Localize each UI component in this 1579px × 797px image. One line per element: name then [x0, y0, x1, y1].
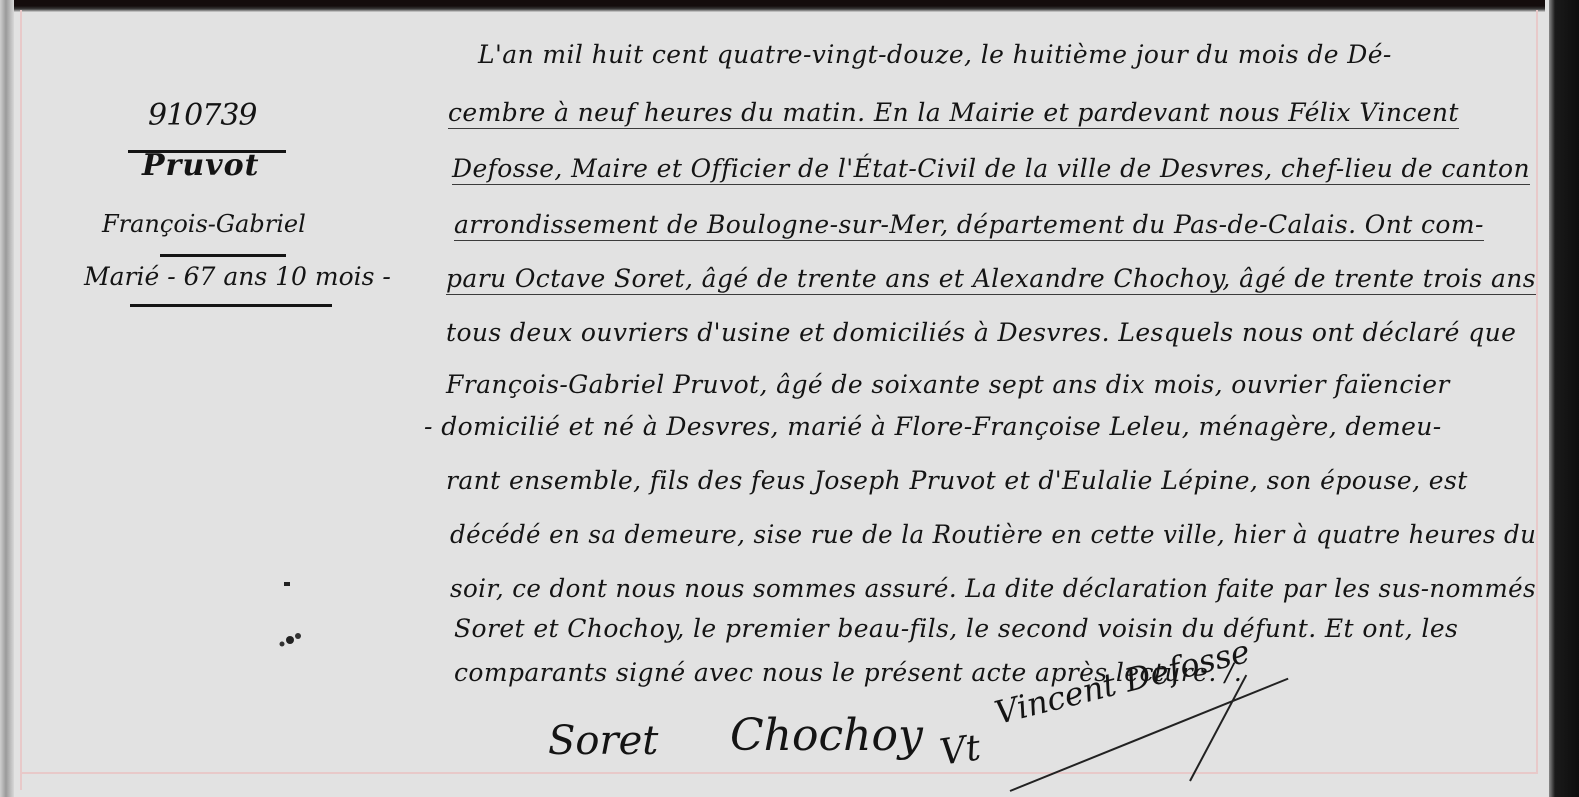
- signature-officer-prefix: Vt: [937, 727, 983, 773]
- body-line: paru Octave Soret, âgé de trente ans et …: [446, 264, 1536, 295]
- given-names: François-Gabriel: [102, 210, 306, 238]
- scanned-register-page: 910739 Pruvot François-Gabriel Marié - 6…: [0, 0, 1579, 797]
- ink-specks: [270, 570, 330, 660]
- signature-soret: Soret: [548, 718, 658, 764]
- body-line: Soret et Chochoy, le premier beau-fils, …: [454, 614, 1458, 643]
- body-line: décédé en sa demeure, sise rue de la Rou…: [450, 520, 1536, 549]
- marital-status-age: Marié - 67 ans 10 mois -: [84, 262, 391, 291]
- body-line: cembre à neuf heures du matin. En la Mai…: [448, 98, 1459, 129]
- record-number: 910739: [148, 98, 257, 133]
- body-line: rant ensemble, fils des feus Joseph Pruv…: [446, 466, 1468, 495]
- frame-line-bottom: [20, 772, 1538, 774]
- body-line: soir, ce dont nous nous sommes assuré. L…: [450, 574, 1536, 603]
- body-line: tous deux ouvriers d'usine et domiciliés…: [446, 318, 1516, 347]
- body-line: Defosse, Maire et Officier de l'État-Civ…: [452, 154, 1530, 185]
- frame-line-right: [1536, 10, 1538, 773]
- body-line: L'an mil huit cent quatre-vingt-douze, l…: [478, 40, 1392, 69]
- signature-flourish: [1189, 675, 1247, 782]
- frame-line-left: [20, 10, 22, 790]
- body-line: arrondissement de Boulogne-sur-Mer, dépa…: [454, 210, 1484, 241]
- page-right-edge: [1549, 0, 1579, 797]
- page-left-edge: [0, 0, 14, 797]
- body-line: - domicilié et né à Desvres, marié à Flo…: [424, 412, 1442, 441]
- margin-rule: [130, 304, 332, 307]
- body-line: François-Gabriel Pruvot, âgé de soixante…: [446, 370, 1450, 399]
- surname: Pruvot: [142, 148, 259, 183]
- page-top-edge: [0, 0, 1545, 12]
- signature-chochoy: Chochoy: [730, 710, 923, 761]
- margin-rule: [160, 254, 286, 257]
